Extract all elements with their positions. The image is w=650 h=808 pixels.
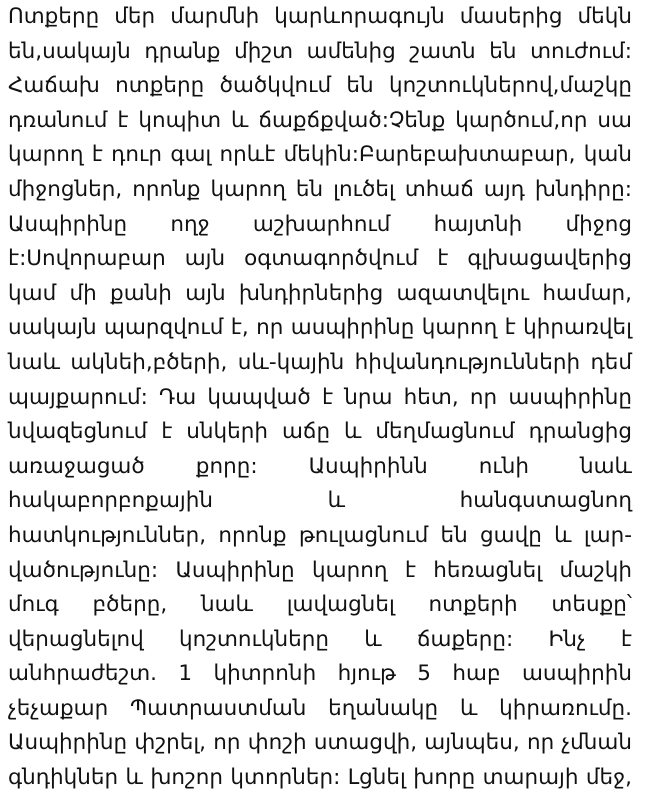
text-line-21: չեչաքար Պատրաստման եղանակը և կիրառումը. — [8, 692, 632, 727]
text-line-2: են,սակայն դրանք միշտ ամենից շատն են տուժ… — [8, 35, 632, 70]
document-body: Ոտքերը մեր մարմնի կարևորագույն մասերից մ… — [8, 0, 632, 796]
text-line-17: վածությունը: Ասպիրինը կարող է հեռացնել մ… — [8, 554, 632, 589]
text-line-6: միջոցներ, որոնք կարող են լուծել տհաճ այդ… — [8, 173, 632, 208]
text-line-14: առաջացած քորը: Ասպիրինն ունի նաև — [8, 450, 632, 485]
text-line-8: է:Սովորաբար այն օգտագործվում է գլխացավեր… — [8, 242, 632, 277]
text-line-11: նաև ակնեի,բծերի, սև-կային հիվանդությունն… — [8, 346, 632, 381]
text-line-5: կարող է դուր գալ որևէ մեկին:Բարեբախտաբար… — [8, 138, 632, 173]
text-line-12: պայքարում: Դա կապված է նրա հետ, որ ասպիր… — [8, 381, 632, 416]
text-line-1: Ոտքերը մեր մարմնի կարևորագույն մասերից մ… — [8, 0, 632, 35]
text-line-23: գնդիկներ և խոշոր կտորներ: Լցնել խորը տար… — [8, 761, 632, 796]
text-line-10: սակայն պարզվում է, որ ասպիրինը կարող է կ… — [8, 311, 632, 346]
text-line-18: մուգ բծերը, նաև լավացնել ոտքերի տեսքը՝ — [8, 588, 632, 623]
text-line-22: Ասպիրինը փշրել, որ փոշի ստացվի, այնպես, … — [8, 726, 632, 761]
text-line-4: դռանում է կոպիտ և ճաքճքված:Չենք կարծում,… — [8, 104, 632, 139]
text-line-9: կամ մի քանի այն խնդիրներից ազատվելու համ… — [8, 277, 632, 312]
text-line-13: նվազեցնում է սնկերի աճը և մեղմացնում դրա… — [8, 415, 632, 450]
text-line-7: Ասպիրինը ողջ աշխարհում հայտնի միջոց — [8, 208, 632, 243]
text-line-19: վերացնելով կոշտուկները և ճաքերը: Ինչ է — [8, 623, 632, 658]
text-line-20: անհրաժեշտ. 1 կիտրոնի հյութ 5 հաբ ասպիրին — [8, 657, 632, 692]
text-line-3: Հաճախ ոտքերը ծածկվում են կոշտուկներով,մա… — [8, 69, 632, 104]
text-line-15: հակաբորբոքային և հանգստացնող — [8, 484, 632, 519]
text-line-16: հատկություններ, որոնք թուլացնում են ցավը… — [8, 519, 632, 554]
